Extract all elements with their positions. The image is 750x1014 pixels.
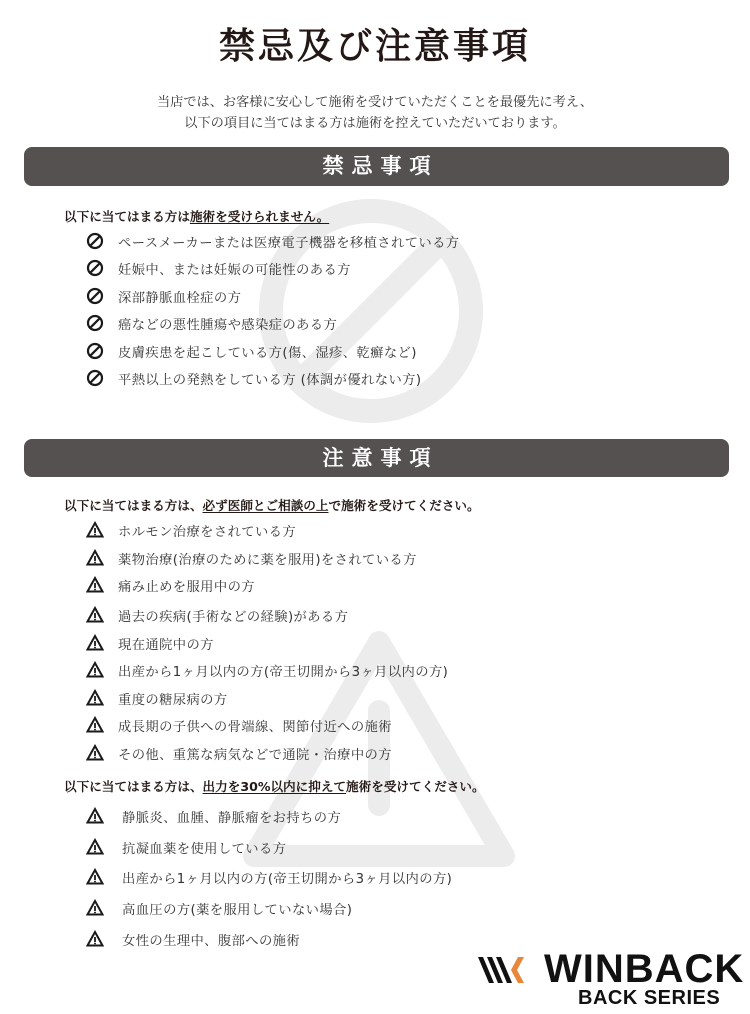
precaution-item: その他、重篤な病気などで通院・治療中の方	[86, 743, 392, 763]
warning-icon	[86, 689, 104, 707]
intro-tail: 施術を受けてください。	[346, 779, 485, 794]
prohibited-icon	[86, 232, 104, 250]
subtitle-line-2: 以下の項目に当てはまる方は施術を控えていただいております。	[0, 112, 750, 131]
item-text: 重度の糖尿病の方	[118, 689, 228, 708]
precaution-item: 出産から1ヶ月以内の方(帝王切開から3ヶ月以内の方)	[86, 660, 448, 680]
contraindication-item: ペースメーカーまたは医療電子機器を移植されている方	[86, 231, 460, 251]
item-text: 抗凝血薬を使用している方	[122, 838, 286, 857]
contraindications-heading: 禁忌事項	[315, 154, 439, 178]
item-text: 出産から1ヶ月以内の方(帝王切開から3ヶ月以内の方)	[118, 661, 448, 680]
precaution-item: 出産から1ヶ月以内の方(帝王切開から3ヶ月以内の方)	[86, 867, 452, 887]
prohibited-icon	[86, 259, 104, 277]
warning-icon	[86, 576, 104, 594]
item-text: 高血圧の方(薬を服用していない場合)	[122, 899, 352, 918]
item-text: その他、重篤な病気などで通院・治療中の方	[118, 744, 392, 763]
warning-icon	[86, 716, 104, 734]
intro-tail: で施術を受けてください。	[328, 498, 479, 513]
precaution-item: 痛み止めを服用中の方	[86, 575, 255, 595]
warning-icon	[86, 899, 104, 917]
item-text: 女性の生理中、腹部への施術	[122, 930, 300, 949]
item-text: 癌などの悪性腫瘍や感染症のある方	[118, 314, 337, 333]
item-text: 平熱以上の発熱をしている方 (体調が優れない方)	[118, 369, 421, 388]
intro-lead: 以下に当てはまる方は、	[64, 498, 203, 513]
warning-icon	[86, 521, 104, 539]
precaution-item: 成長期の子供への骨端線、関節付近への施術	[86, 715, 392, 735]
brand-name: WINBACK	[544, 948, 744, 990]
page-title: 禁忌及び注意事項	[0, 18, 750, 69]
precautions-intro-consult: 以下に当てはまる方は、必ず医師とご相談の上で施術を受けてください。	[64, 495, 480, 514]
intro-emphasis: 必ず医師とご相談の上	[203, 498, 329, 513]
warning-icon	[86, 606, 104, 624]
intro-emphasis: 出力を30%以内に抑えて	[203, 779, 347, 794]
warning-icon	[86, 838, 104, 856]
brand-series: BACK SERIES	[578, 987, 720, 1009]
item-text: 痛み止めを服用中の方	[118, 576, 255, 595]
warning-icon	[86, 807, 104, 825]
precaution-item: 女性の生理中、腹部への施術	[86, 929, 300, 949]
prohibited-icon	[86, 342, 104, 360]
item-text: 出産から1ヶ月以内の方(帝王切開から3ヶ月以内の方)	[122, 868, 452, 887]
winback-logo-mark-icon	[478, 954, 528, 986]
warning-icon	[86, 634, 104, 652]
prohibited-icon	[86, 314, 104, 332]
item-text: 妊娠中、または妊娠の可能性のある方	[118, 259, 351, 278]
item-text: 静脈炎、血腫、静脈瘤をお持ちの方	[122, 807, 341, 826]
prohibited-icon	[86, 287, 104, 305]
precaution-item: 過去の疾病(手術などの経験)がある方	[86, 605, 348, 625]
item-text: 成長期の子供への骨端線、関節付近への施術	[118, 716, 392, 735]
item-text: 深部静脈血栓症の方	[118, 287, 241, 306]
subtitle-line-1: 当店では、お客様に安心して施術を受けていただくことを最優先に考え、	[0, 91, 750, 110]
item-text: 現在通院中の方	[118, 634, 214, 653]
contraindications-heading-bar: 禁忌事項	[24, 147, 729, 186]
item-text: ペースメーカーまたは医療電子機器を移植されている方	[118, 232, 460, 251]
precautions-heading: 注意事項	[315, 446, 439, 470]
item-text: 薬物治療(治療のために薬を服用)をされている方	[118, 549, 417, 568]
contraindication-item: 皮膚疾患を起こしている方(傷、湿疹、乾癬など)	[86, 341, 417, 361]
intro-lead: 以下に当てはまる方は	[64, 209, 190, 224]
item-text: ホルモン治療をされている方	[118, 521, 296, 540]
contraindication-item: 癌などの悪性腫瘍や感染症のある方	[86, 313, 337, 333]
prohibited-icon	[86, 369, 104, 387]
precaution-item: 薬物治療(治療のために薬を服用)をされている方	[86, 548, 417, 568]
contraindication-item: 平熱以上の発熱をしている方 (体調が優れない方)	[86, 368, 421, 388]
precaution-item: 静脈炎、血腫、静脈瘤をお持ちの方	[86, 806, 341, 826]
precaution-item: 重度の糖尿病の方	[86, 688, 228, 708]
item-text: 過去の疾病(手術などの経験)がある方	[118, 606, 348, 625]
warning-icon	[86, 744, 104, 762]
item-text: 皮膚疾患を起こしている方(傷、湿疹、乾癬など)	[118, 342, 417, 361]
contraindication-item: 深部静脈血栓症の方	[86, 286, 241, 306]
warning-icon	[86, 549, 104, 567]
intro-emphasis: 施術を受けられません。	[190, 209, 329, 224]
precaution-item: 高血圧の方(薬を服用していない場合)	[86, 898, 352, 918]
precautions-heading-bar: 注意事項	[24, 439, 729, 477]
precaution-item: ホルモン治療をされている方	[86, 520, 296, 540]
precautions-intro-reduced-output: 以下に当てはまる方は、出力を30%以内に抑えて施術を受けてください。	[64, 776, 485, 795]
precaution-item: 現在通院中の方	[86, 633, 214, 653]
warning-icon	[86, 930, 104, 948]
warning-icon	[86, 661, 104, 679]
contraindication-item: 妊娠中、または妊娠の可能性のある方	[86, 258, 351, 278]
contraindications-intro: 以下に当てはまる方は施術を受けられません。	[64, 206, 329, 225]
warning-icon	[86, 868, 104, 886]
precaution-item: 抗凝血薬を使用している方	[86, 837, 286, 857]
intro-lead: 以下に当てはまる方は、	[64, 779, 203, 794]
